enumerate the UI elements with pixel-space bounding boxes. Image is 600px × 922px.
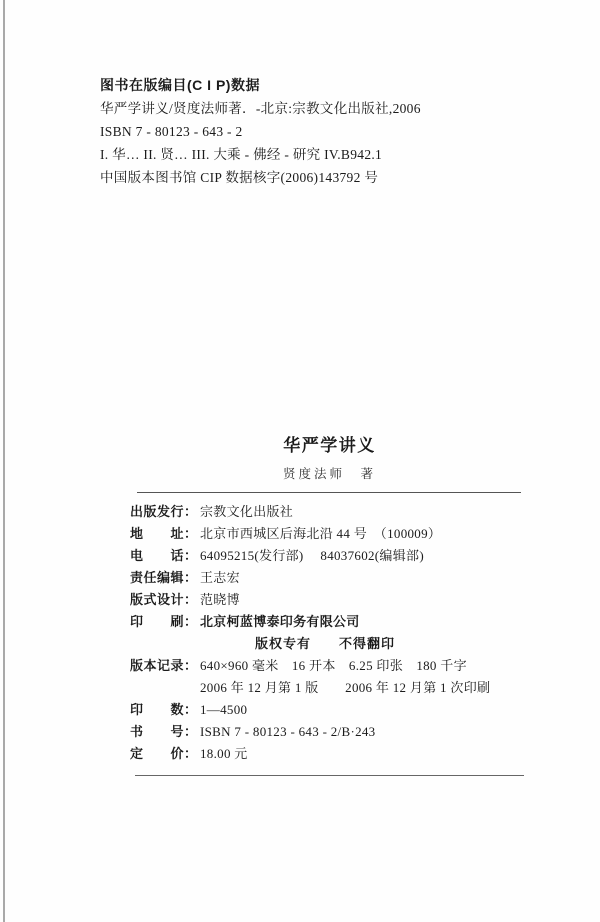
- colophon-row-book-number: 书 号： ISBN 7 - 80123 - 643 - 2/B·243: [130, 721, 550, 743]
- colophon-value: 宗教文化出版社: [200, 501, 293, 523]
- cip-block: 图书在版编目(C I P)数据 华严学讲义/贤度法师著．-北京:宗教文化出版社,…: [100, 74, 500, 189]
- cip-line-title: 华严学讲义/贤度法师著．-北京:宗教文化出版社,2006: [100, 97, 500, 120]
- colophon-row-printer: 印 刷： 北京柯蓝博泰印务有限公司: [130, 611, 550, 633]
- colophon-label: 书 号：: [130, 721, 200, 743]
- colophon-row-price: 定 价： 18.00 元: [130, 743, 550, 765]
- copyright-notice-row: 版权专有 不得翻印: [130, 633, 550, 655]
- divider-bottom: [135, 775, 524, 776]
- colophon-table: 出版发行： 宗教文化出版社 地 址： 北京市西城区后海北沿 44 号 （1000…: [130, 501, 550, 765]
- colophon-label: 版式设计：: [130, 589, 200, 611]
- cip-header: 图书在版编目(C I P)数据: [100, 74, 500, 97]
- colophon-value: 北京柯蓝博泰印务有限公司: [200, 611, 360, 633]
- title-block: 华严学讲义 贤度法师 著: [137, 436, 522, 482]
- cip-line-registry: 中国版本图书馆 CIP 数据核字(2006)143792 号: [100, 166, 500, 189]
- scan-edge-artifact: [3, 0, 5, 922]
- colophon-value: 范晓博: [200, 589, 240, 611]
- colophon-row-layout-designer: 版式设计： 范晓博: [130, 589, 550, 611]
- colophon-value: 18.00 元: [200, 743, 248, 765]
- colophon-row-edition: 版本记录： 640×960 毫米 16 开本 6.25 印张 180 千字: [130, 655, 550, 677]
- colophon-value: ISBN 7 - 80123 - 643 - 2/B·243: [200, 721, 375, 743]
- scanned-page: 图书在版编目(C I P)数据 华严学讲义/贤度法师著．-北京:宗教文化出版社,…: [0, 0, 600, 922]
- colophon-label: 出版发行：: [130, 501, 200, 523]
- book-title: 华严学讲义: [137, 436, 522, 456]
- colophon-label: 印 数：: [130, 699, 200, 721]
- colophon-row-edition-line2: 2006 年 12 月第 1 版 2006 年 12 月第 1 次印刷: [130, 677, 550, 699]
- cip-line-classification: I. 华… II. 贤… III. 大乘 - 佛经 - 研究 IV.B942.1: [100, 143, 500, 166]
- colophon-label: 地 址：: [130, 523, 200, 545]
- colophon-label: 版本记录：: [130, 655, 200, 677]
- cip-line-isbn: ISBN 7 - 80123 - 643 - 2: [100, 120, 500, 143]
- colophon-value: 王志宏: [200, 567, 240, 589]
- colophon-value: 1—4500: [200, 699, 247, 721]
- colophon-row-phone: 电 话： 64095215(发行部) 84037602(编辑部): [130, 545, 550, 567]
- book-author: 贤度法师 著: [137, 466, 522, 482]
- copyright-notice: 版权专有 不得翻印: [255, 633, 395, 655]
- colophon-row-print-run: 印 数： 1—4500: [130, 699, 550, 721]
- colophon-row-editor: 责任编辑： 王志宏: [130, 567, 550, 589]
- colophon-label: 电 话：: [130, 545, 200, 567]
- colophon-row-publisher: 出版发行： 宗教文化出版社: [130, 501, 550, 523]
- colophon-value: 北京市西城区后海北沿 44 号 （100009）: [200, 523, 441, 545]
- divider-top: [137, 492, 521, 493]
- colophon-row-address: 地 址： 北京市西城区后海北沿 44 号 （100009）: [130, 523, 550, 545]
- colophon-value: 64095215(发行部) 84037602(编辑部): [200, 545, 424, 567]
- colophon-value: 640×960 毫米 16 开本 6.25 印张 180 千字: [200, 655, 467, 677]
- colophon-label: 印 刷：: [130, 611, 200, 633]
- colophon-value: 2006 年 12 月第 1 版 2006 年 12 月第 1 次印刷: [200, 677, 490, 699]
- colophon-label: 责任编辑：: [130, 567, 200, 589]
- colophon-label: 定 价：: [130, 743, 200, 765]
